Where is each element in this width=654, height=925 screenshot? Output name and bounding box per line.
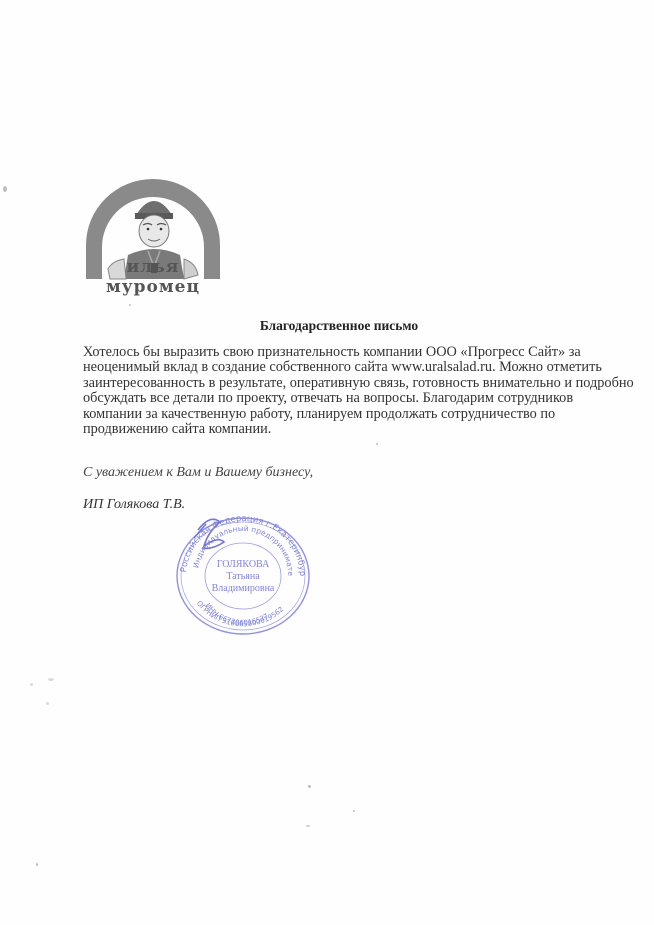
body-line: продвижению сайта компании. bbox=[83, 422, 628, 437]
letter-body: Хотелось бы выразить свою признательност… bbox=[83, 345, 628, 437]
scan-speck bbox=[3, 186, 7, 192]
logo-caption: Илья Муромец bbox=[80, 257, 226, 297]
scan-speck bbox=[30, 683, 33, 686]
official-stamp: Российская Федерация г.Екатеринбург Инди… bbox=[168, 510, 318, 636]
scan-speck bbox=[46, 702, 49, 705]
scan-speck bbox=[129, 304, 131, 306]
stamp-name: Татьяна bbox=[226, 571, 260, 582]
scan-speck bbox=[353, 810, 355, 812]
letter-title: Благодарственное письмо bbox=[0, 318, 654, 334]
scan-speck bbox=[376, 443, 378, 445]
scan-speck bbox=[306, 825, 310, 827]
body-line: неоценимый вклад в создание собственного… bbox=[83, 360, 628, 375]
body-line: компании за качественную работу, планиру… bbox=[83, 407, 628, 422]
scan-speck bbox=[308, 785, 311, 788]
body-line: обсуждать все детали по проекту, отвечат… bbox=[83, 391, 628, 406]
company-logo: Илья Муромец bbox=[80, 175, 226, 299]
stamp-surname: ГОЛЯКОВА bbox=[217, 559, 270, 570]
scan-speck bbox=[36, 863, 38, 866]
stamp-patronymic: Владимировна bbox=[212, 583, 275, 594]
body-line: Хотелось бы выразить свою признательност… bbox=[83, 345, 628, 360]
stamp-seal-icon: Российская Федерация г.Екатеринбург Инди… bbox=[168, 510, 318, 636]
scan-speck bbox=[48, 678, 54, 681]
letter-page: Илья Муромец Благодарственное письмо Хот… bbox=[0, 0, 654, 925]
body-line: заинтересованность в результате, операти… bbox=[83, 376, 628, 391]
closing-phrase: С уважением к Вам и Вашему бизнесу, bbox=[83, 465, 313, 481]
